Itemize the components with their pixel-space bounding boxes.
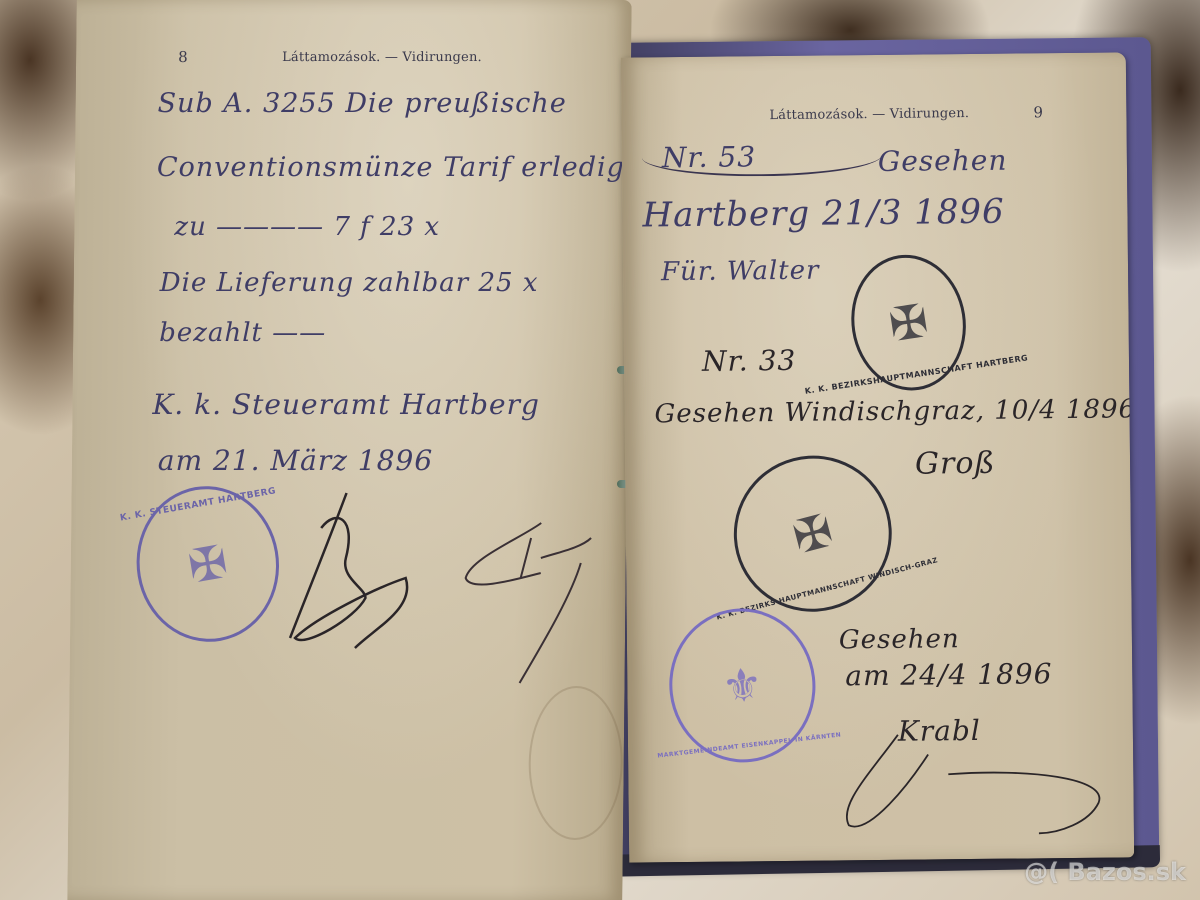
page-number-right: 9	[1033, 103, 1043, 121]
double-headed-eagle-icon: ✠	[788, 507, 837, 561]
left-page: 8 Láttamozások. — Vidirungen. Sub A. 325…	[67, 0, 631, 900]
right-page: Láttamozások. — Vidirungen. 9 Nr. 53 Ges…	[621, 52, 1134, 862]
handwriting-line-3: zu ———— 7 f 23 x	[174, 212, 440, 242]
signature-2-icon	[460, 518, 612, 688]
handwriting-line-2: Conventionsmünze Tarif erledigt	[157, 152, 632, 183]
photo-scene: 8 Láttamozások. — Vidirungen. Sub A. 325…	[0, 0, 1200, 900]
handwriting-line-6: K. k. Steueramt Hartberg	[152, 388, 540, 421]
stamp-text: MARKTGEMEINDEAMT EISENKAPPEL IN KÄRNTEN	[657, 731, 842, 759]
page-header-right: Láttamozások. — Vidirungen.	[769, 106, 969, 123]
entry-3-place-date: am 24/4 1896	[845, 657, 1053, 692]
signature-flourish-icon	[827, 692, 1129, 845]
stamp-text: K. K. STEUERAMT HARTBERG	[119, 486, 276, 523]
stamp-steueramt-hartberg: ✠ K. K. STEUERAMT HARTBERG	[125, 475, 291, 653]
handwriting-line-4: Die Lieferung zahlbar 25 x	[160, 268, 539, 298]
page-number-left: 8	[178, 48, 188, 66]
entry-3-text: Gesehen	[839, 624, 960, 655]
coat-of-arms-icon: ⚜	[719, 660, 765, 710]
stamp-bezirkshauptmannschaft-hartberg: ✠ K. K. BEZIRKSHAUPTMANNSCHAFT HARTBERG	[842, 247, 975, 399]
page-header-left: Láttamozások. — Vidirungen.	[282, 50, 482, 65]
entry-2-text: Gesehen Windischgraz, 10/4 1896	[654, 394, 1134, 429]
faint-embossed-stamp	[528, 686, 624, 840]
double-headed-eagle-icon: ✠	[886, 297, 931, 348]
handwriting-line-1: Sub A. 3255 Die preußische	[157, 88, 566, 119]
entry-1-signer: Für. Walter	[661, 256, 820, 288]
entry-2-signer: Groß	[915, 446, 996, 482]
entry-1-text: Gesehen	[878, 144, 1008, 178]
handwriting-line-7: am 21. März 1896	[158, 444, 434, 477]
bazos-watermark: @( Bazos.sk	[1024, 858, 1186, 886]
entry-1-place-date: Hartberg 21/3 1896	[642, 192, 1005, 236]
double-headed-eagle-icon: ✠	[185, 538, 231, 590]
stamp-marktgemeindeamt-eisenkappel: ⚜ MARKTGEMEINDEAMT EISENKAPPEL IN KÄRNTE…	[661, 601, 824, 771]
stamp-bezirkshauptmannschaft-windisch-graz: ✠ K. K. BEZIRKS-HAUPTMANNSCHAFT WINDISCH…	[717, 438, 909, 629]
signature-1-icon	[285, 488, 437, 658]
entry-2-number: Nr. 33	[702, 344, 797, 378]
stamp-text: K. K. BEZIRKSHAUPTMANNSCHAFT HARTBERG	[804, 353, 1028, 396]
handwriting-line-5: bezahlt ——	[159, 318, 326, 348]
